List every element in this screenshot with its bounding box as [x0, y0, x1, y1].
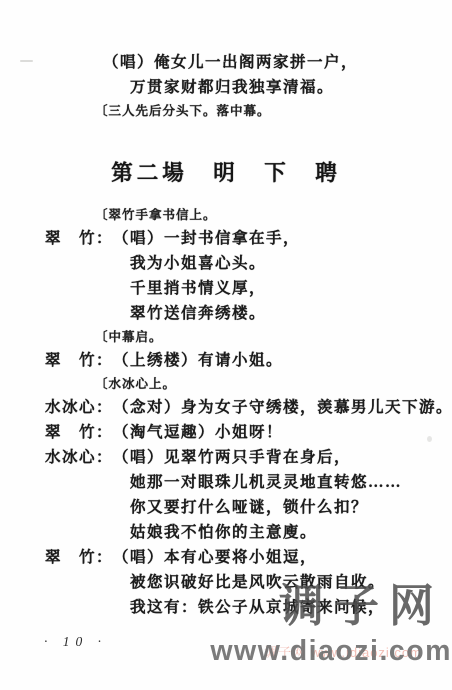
- watermark-faint-text: 调子网 www.jdiaozi.com: [264, 642, 422, 661]
- script-line: 翠 竹：（唱）本有心要将小姐逗，: [0, 545, 452, 570]
- line-text: （唱）俺女儿一出阁两家拼一户，: [103, 54, 358, 71]
- scan-artifact-dash: [20, 60, 33, 62]
- watermark-site-url: www.diaozi.com: [210, 634, 452, 668]
- script-line: 翠竹送信奔绣楼。: [0, 301, 452, 326]
- line-text: （念对）身为女子守绣楼，羡慕男儿天下游。: [113, 399, 452, 416]
- script-line: 你又要打什么哑谜，锁什么扣？: [0, 495, 452, 520]
- scanned-page: （唱）俺女儿一出阁两家拼一户，万贯家财都归我独享清福。〔三人先后分头下。落中幕。…: [0, 0, 452, 690]
- line-text: （唱）见翠竹两只手背在身后，: [113, 449, 351, 466]
- line-text: 万贯家财都归我独享清福。: [130, 79, 334, 96]
- line-text: （唱）本有心要将小姐逗，: [113, 549, 317, 566]
- line-text: 千里捎书情义厚，: [130, 280, 266, 297]
- script-line: 翠 竹：（上绣楼）有请小姐。: [0, 348, 452, 373]
- script-line: 我为小姐喜心头。: [0, 251, 452, 276]
- script-line: 〔水冰心上。: [0, 373, 452, 395]
- line-text: （上绣楼）有请小姐。: [113, 352, 283, 369]
- scan-artifact-speck: [427, 436, 432, 442]
- line-text: 〔中幕启。: [95, 330, 163, 344]
- script-line: 〔三人先后分头下。落中幕。: [0, 100, 452, 122]
- script-line: 万贯家财都归我独享清福。: [0, 75, 452, 100]
- script-body: （唱）俺女儿一出阁两家拼一户，万贯家财都归我独享清福。〔三人先后分头下。落中幕。…: [0, 0, 452, 620]
- script-line: 姑娘我不怕你的主意廋。: [0, 520, 452, 545]
- line-text: 〔水冰心上。: [95, 377, 176, 391]
- line-text: 她那一对眼珠儿机灵灵地直转悠……: [130, 474, 402, 491]
- script-line: 水冰心：（唱）见翠竹两只手背在身后，: [0, 445, 452, 470]
- script-line: 她那一对眼珠儿机灵灵地直转悠……: [0, 470, 452, 495]
- speaker-name: 翠 竹：: [45, 545, 113, 570]
- speaker-name: 翠 竹：: [45, 226, 113, 251]
- speaker-name: 翠 竹：: [45, 348, 113, 373]
- script-line: （唱）俺女儿一出阁两家拼一户，: [0, 50, 452, 75]
- line-text: （淘气逗趣）小姐呀！: [113, 424, 283, 441]
- script-line: 我这有：铁公子从京城寄来问候，: [0, 595, 452, 620]
- speaker-name: 翠 竹：: [45, 420, 113, 445]
- line-text: 姑娘我不怕你的主意廋。: [130, 524, 317, 541]
- line-text: 被您识破好比是风吹云散雨自收。: [130, 574, 385, 591]
- script-line: 翠 竹：（淘气逗趣）小姐呀！: [0, 420, 452, 445]
- script-line: 〔翠竹手拿书信上。: [0, 204, 452, 226]
- scene-title: 第二場 明 下 聘: [0, 156, 452, 190]
- page-number: · 10 ·: [44, 634, 107, 650]
- script-line: 千里捎书情义厚，: [0, 276, 452, 301]
- script-line: 被您识破好比是风吹云散雨自收。: [0, 570, 452, 595]
- line-text: 我为小姐喜心头。: [130, 255, 266, 272]
- speaker-name: 水冰心：: [45, 445, 113, 470]
- line-text: 〔翠竹手拿书信上。: [95, 208, 217, 222]
- line-text: 〔三人先后分头下。落中幕。: [95, 104, 271, 118]
- speaker-name: 水冰心：: [45, 395, 113, 420]
- line-text: 我这有：铁公子从京城寄来问候，: [130, 599, 385, 616]
- line-text: （唱）一封书信拿在手，: [113, 230, 300, 247]
- script-line: 水冰心：（念对）身为女子守绣楼，羡慕男儿天下游。: [0, 395, 452, 420]
- line-text: 翠竹送信奔绣楼。: [130, 305, 266, 322]
- line-text: 你又要打什么哑谜，锁什么扣？: [130, 499, 368, 516]
- script-line: 翠 竹：（唱）一封书信拿在手，: [0, 226, 452, 251]
- script-line: 〔中幕启。: [0, 326, 452, 348]
